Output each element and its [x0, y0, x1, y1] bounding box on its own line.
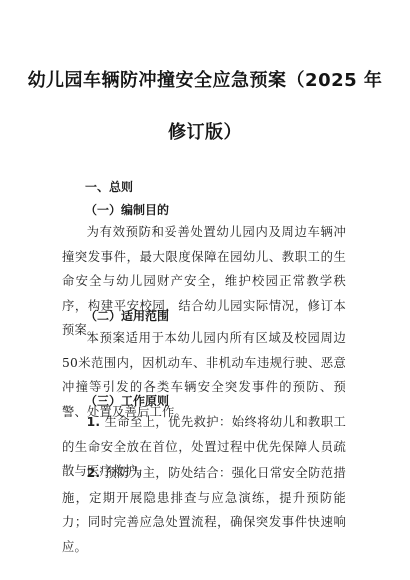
- subsection-heading-principles: （三）工作原则: [85, 392, 169, 409]
- principle-number-2: 2.: [87, 466, 101, 480]
- document-title-line-1: 幼儿园车辆防冲撞安全应急预案（2025 年: [0, 66, 410, 92]
- subsection-heading-scope: （二）适用范围: [85, 307, 169, 324]
- section-heading-general: 一、总则: [85, 178, 133, 195]
- subsection-heading-purpose: （一）编制目的: [85, 201, 169, 218]
- principle-item-2: 2. 预防为主，防处结合：强化日常安全防范措施，定期开展隐患排查与应急演练，提升…: [62, 461, 346, 559]
- principle-number-1: 1.: [87, 415, 101, 429]
- document-page: 幼儿园车辆防冲撞安全应急预案（2025 年 修订版） 一、总则 （一）编制目的 …: [0, 0, 410, 580]
- principle-text-2: 预防为主，防处结合：强化日常安全防范措施，定期开展隐患排查与应急演练，提升预防能…: [62, 466, 346, 554]
- paragraph-purpose: 为有效预防和妥善处置幼儿园内及周边车辆冲撞突发事件，最大限度保障在园幼儿、教职工…: [62, 220, 346, 343]
- document-title-line-2: 修订版）: [0, 118, 410, 144]
